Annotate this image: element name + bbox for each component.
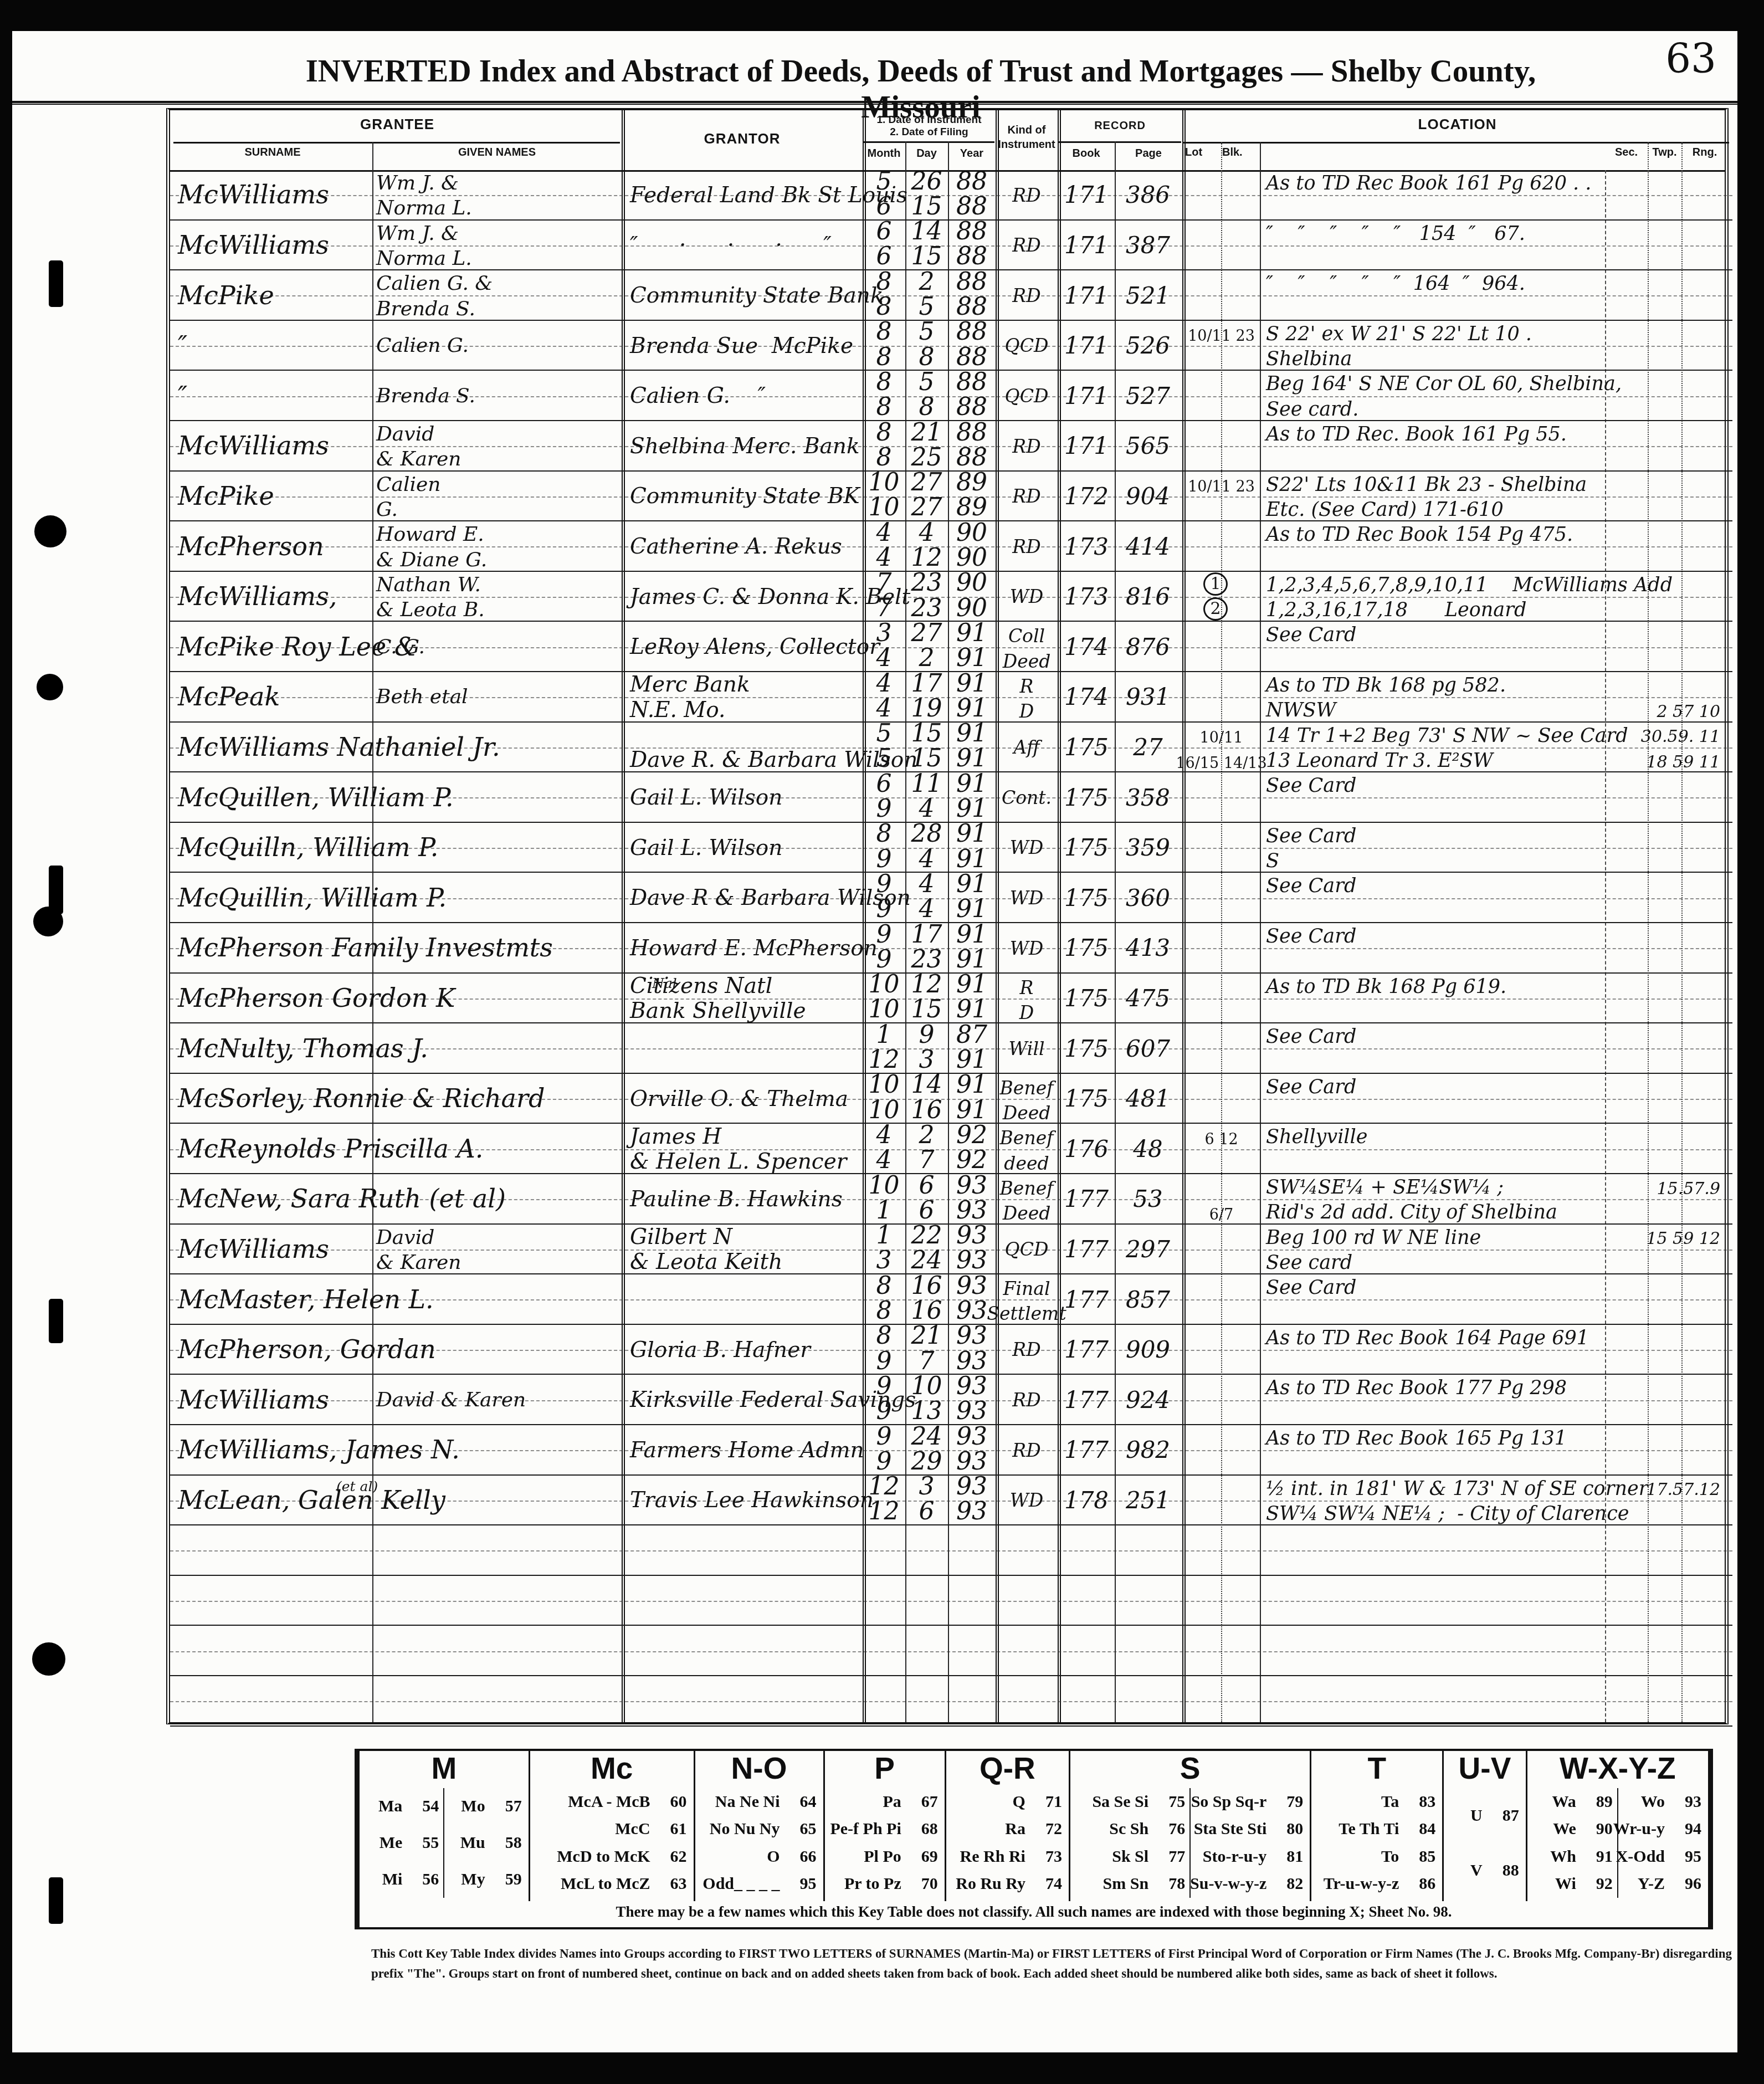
date-instrument: 1 xyxy=(863,1023,905,1048)
record-book: 175 xyxy=(1059,1074,1114,1124)
date-instrument: 93 xyxy=(948,1174,996,1199)
kind-of-instrument: RD xyxy=(997,521,1057,572)
date-filing: 23 xyxy=(905,597,948,622)
date-filing: 91 xyxy=(948,1099,996,1124)
lot-blk: 6/7 xyxy=(1184,1199,1259,1224)
kind-of-instrument: Coll xyxy=(997,622,1057,647)
date-filing: 8 xyxy=(905,396,948,421)
grantee-given-names: Calien xyxy=(376,472,620,496)
key-entry: Me55 xyxy=(366,1834,439,1852)
date-instrument: 5 xyxy=(863,723,905,747)
date-filing: 4 xyxy=(905,797,948,822)
date-instrument: 15 xyxy=(905,723,948,747)
location-description: See Card xyxy=(1266,873,1609,898)
date-instrument: 10 xyxy=(905,1375,948,1400)
kind-of-instrument: RD xyxy=(997,1425,1057,1476)
date-instrument: 24 xyxy=(905,1425,948,1450)
date-instrument: 16 xyxy=(905,1274,948,1299)
date-instrument: 11 xyxy=(905,772,948,797)
date-filing: 27 xyxy=(905,496,948,521)
date-filing: 91 xyxy=(948,848,996,873)
key-table: MMa54Me55Mi56Mo57Mu58My59McMcA - McB60Mc… xyxy=(355,1749,1713,1929)
key-entry: Sto-r-u-y81 xyxy=(1195,1847,1303,1866)
date-filing: 88 xyxy=(948,295,996,320)
index-row: McReynolds Priscilla A.James H& Helen L.… xyxy=(170,1124,1732,1174)
index-table: GRANTEE SURNAME GIVEN NAMES GRANTOR 1. D… xyxy=(166,108,1729,1724)
key-entry: Sc Sh76 xyxy=(1077,1820,1185,1839)
kind-of-instrument: RD xyxy=(997,1325,1057,1375)
grantee-surname: McNulty, Thomas J. xyxy=(178,1023,593,1074)
date-instrument: 10 xyxy=(863,974,905,999)
date-filing: 25 xyxy=(905,446,948,471)
lot-blk: 16/15 14/13 xyxy=(1184,747,1259,772)
kind-of-instrument: deed xyxy=(997,1149,1057,1174)
date-instrument: 5 xyxy=(905,371,948,396)
location-description: As to TD Rec Book 154 Pg 475. xyxy=(1266,521,1609,546)
date-instrument: 93 xyxy=(948,1225,996,1250)
key-entry: Wo93 xyxy=(1623,1793,1701,1811)
date-filing: 15 xyxy=(905,245,948,270)
date-filing: 16 xyxy=(905,1299,948,1324)
location-description: As to TD Rec Book 165 Pg 131 xyxy=(1266,1425,1609,1450)
kind-of-instrument: WD xyxy=(997,823,1057,873)
date-filing: 4 xyxy=(863,697,905,722)
index-row: McMaster, Helen L.8169381693FinalSettlem… xyxy=(170,1274,1732,1325)
location-description: As to TD Bk 168 pg 582. xyxy=(1266,672,1609,697)
grantee-surname: McPherson, Gordan xyxy=(178,1325,593,1375)
key-table-groups: MMa54Me55Mi56Mo57Mu58My59McMcA - McB60Mc… xyxy=(360,1751,1708,1901)
date-instrument: 9 xyxy=(863,923,905,948)
date-instrument: 91 xyxy=(948,823,996,848)
record-page: 387 xyxy=(1115,221,1181,271)
grantee-given-names: & Karen xyxy=(376,1250,620,1274)
location-description: See Card xyxy=(1266,1074,1609,1099)
date-instrument: 26 xyxy=(905,170,948,195)
grantee-given-names: David xyxy=(376,421,620,446)
date-instrument: 92 xyxy=(948,1124,996,1149)
key-entry: Su-v-w-y-z82 xyxy=(1195,1875,1303,1893)
date-filing: 13 xyxy=(905,1400,948,1425)
index-row: McSorley, Ronnie & RichardOrville O. & T… xyxy=(170,1074,1732,1124)
date-filing: 6 xyxy=(905,1501,948,1525)
kind-of-instrument: QCD xyxy=(997,1225,1057,1275)
date-instrument: 14 xyxy=(905,1074,948,1099)
row-midline xyxy=(170,1601,1732,1602)
date-filing: 9 xyxy=(863,1450,905,1475)
date-instrument: 3 xyxy=(863,622,905,647)
index-row: McQuillin, William P.Dave R & Barbara Wi… xyxy=(170,873,1732,923)
date-filing: 91 xyxy=(948,1048,996,1073)
record-book: 177 xyxy=(1059,1425,1114,1476)
grantee-surname: McMaster, Helen L. xyxy=(178,1274,593,1325)
date-instrument: 17 xyxy=(905,672,948,697)
date-filing: 93 xyxy=(948,1501,996,1525)
kind-of-instrument: WD xyxy=(997,1476,1057,1526)
date-filing: 10 xyxy=(863,496,905,521)
key-table-footnote: There may be a few names which this Key … xyxy=(360,1901,1708,1927)
date-filing: 9 xyxy=(863,797,905,822)
date-instrument: 27 xyxy=(905,472,948,496)
date-filing: 7 xyxy=(863,597,905,622)
date-instrument: 6 xyxy=(863,221,905,245)
kind-of-instrument: Aff xyxy=(997,723,1057,773)
location-description: See card xyxy=(1266,1250,1609,1274)
key-group-header: Mc xyxy=(530,1753,694,1784)
record-book: 175 xyxy=(1059,923,1114,974)
date-instrument: 88 xyxy=(948,270,996,295)
record-page: 565 xyxy=(1115,421,1181,472)
date-filing: 15 xyxy=(905,747,948,772)
location-description: As to TD Rec Book 161 Pg 620 . . xyxy=(1266,170,1609,195)
location-description: ″ ″ ″ ″ ″ 164 ″ 964. xyxy=(1266,270,1609,295)
date-filing: 88 xyxy=(948,245,996,270)
key-group-w-x-y-z: W-X-Y-ZWa89We90Wh91Wi92Wo93Wr-u-y94X-Odd… xyxy=(1526,1751,1708,1901)
hole-punch-mark xyxy=(34,515,66,547)
empty-row xyxy=(170,1576,1732,1626)
grantee-given-names: & Leota B. xyxy=(376,597,620,622)
date-filing: 8 xyxy=(863,295,905,320)
date-filing: 19 xyxy=(905,697,948,722)
grantee-surname: McQuillin, William P. xyxy=(178,873,593,923)
date-instrument: 91 xyxy=(948,772,996,797)
date-instrument: 22 xyxy=(905,1225,948,1250)
location-description: Beg 164' S NE Cor OL 60, Shelbina, xyxy=(1266,371,1609,396)
key-entry: Odd_ _ _ _95 xyxy=(702,1875,817,1893)
index-row: McWilliams,Nathan W.& Leota B.James C. &… xyxy=(170,572,1732,622)
grantee-given-names: David xyxy=(376,1225,620,1250)
date-instrument: 27 xyxy=(905,622,948,647)
date-filing: 88 xyxy=(948,396,996,421)
record-book: 174 xyxy=(1059,672,1114,723)
date-instrument: 4 xyxy=(863,672,905,697)
sec-twp-rng: 2 57 10 xyxy=(1461,697,1720,722)
date-filing: 12 xyxy=(905,546,948,571)
date-filing: 24 xyxy=(905,1250,948,1274)
kind-of-instrument: Benef xyxy=(997,1174,1057,1199)
index-row: McQuillen, William P.Gail L. Wilson61191… xyxy=(170,772,1732,823)
record-page: 297 xyxy=(1115,1225,1181,1275)
date-instrument: 1 xyxy=(863,1225,905,1250)
kind-of-instrument: Cont. xyxy=(997,772,1057,823)
sec-twp-rng: 15 59 12 xyxy=(1461,1225,1720,1250)
date-instrument: 91 xyxy=(948,873,996,898)
hole-punch-mark xyxy=(37,674,63,700)
kind-of-instrument: Will xyxy=(997,1023,1057,1074)
date-filing: 8 xyxy=(863,396,905,421)
key-entry: Tr-u-w-y-z86 xyxy=(1318,1875,1435,1893)
index-row: McWilliamsDavid & KarenKirksville Federa… xyxy=(170,1375,1732,1425)
date-instrument: 93 xyxy=(948,1325,996,1350)
key-entry: Q71 xyxy=(953,1793,1062,1811)
date-instrument: 12 xyxy=(905,974,948,999)
grantee-given-names: Calien G. xyxy=(376,321,620,371)
record-page: 904 xyxy=(1115,472,1181,522)
kind-of-instrument: QCD xyxy=(997,371,1057,421)
record-page: 359 xyxy=(1115,823,1181,873)
date-instrument: 88 xyxy=(948,170,996,195)
record-book: 175 xyxy=(1059,1023,1114,1074)
record-page: 53 xyxy=(1115,1174,1181,1225)
key-entry: Ma54 xyxy=(366,1797,439,1816)
date-instrument: 5 xyxy=(863,170,905,195)
record-book: 178 xyxy=(1059,1476,1114,1526)
key-entry: McC61 xyxy=(537,1820,687,1839)
record-page: 521 xyxy=(1115,270,1181,321)
lot-blk: 6 12 xyxy=(1184,1124,1259,1149)
date-instrument: 2 xyxy=(905,1124,948,1149)
key-group-header: P xyxy=(825,1753,945,1784)
key-entry: V88 xyxy=(1450,1861,1519,1880)
record-book: 175 xyxy=(1059,974,1114,1024)
date-instrument: 10 xyxy=(863,1074,905,1099)
date-instrument: 8 xyxy=(863,270,905,295)
index-row: McPike Roy Lee &C. G.LeRoy Alens, Collec… xyxy=(170,622,1732,672)
sec-twp-rng: 15.57.9 xyxy=(1461,1174,1720,1199)
key-group-mc: McMcA - McB60McC61McD to McK62McL to McZ… xyxy=(529,1751,694,1901)
date-instrument: 6 xyxy=(905,1174,948,1199)
date-instrument: 4 xyxy=(905,873,948,898)
date-filing: 6 xyxy=(863,195,905,220)
date-filing: 89 xyxy=(948,496,996,521)
lot-number: 2 xyxy=(1203,597,1228,621)
key-entry: Wh91 xyxy=(1534,1847,1613,1866)
kind-of-instrument: RD xyxy=(997,472,1057,522)
record-page: 909 xyxy=(1115,1325,1181,1375)
date-filing: 7 xyxy=(905,1350,948,1375)
date-instrument: 14 xyxy=(905,221,948,245)
date-filing: 93 xyxy=(948,1400,996,1425)
row-midline xyxy=(170,1550,1732,1552)
grantee-surname: McPherson Family Investmts xyxy=(178,923,593,974)
date-filing: 2 xyxy=(905,647,948,672)
date-instrument: 91 xyxy=(948,723,996,747)
grantee-given-names: Howard E. xyxy=(376,521,620,546)
sec-twp-rng: 18 59 11 xyxy=(1461,747,1720,772)
location-description: S xyxy=(1266,848,1609,873)
date-filing: 8 xyxy=(905,346,948,371)
date-filing: 88 xyxy=(948,346,996,371)
date-filing: 4 xyxy=(863,1149,905,1174)
record-book: 171 xyxy=(1059,170,1114,221)
date-instrument: 93 xyxy=(948,1476,996,1501)
record-book: 171 xyxy=(1059,221,1114,271)
key-group-header: W-X-Y-Z xyxy=(1527,1753,1708,1784)
key-entry: Na Ne Ni64 xyxy=(702,1793,817,1811)
key-group-q-r: Q-RQ71Ra72Re Rh Ri73Ro Ru Ry74 xyxy=(945,1751,1069,1901)
kind-of-instrument: RD xyxy=(997,1375,1057,1425)
index-row: McWilliamsDavid& KarenShelbina Merc. Ban… xyxy=(170,421,1732,472)
index-row: McPeakBeth etalMerc BankN.E. Mo.41791419… xyxy=(170,672,1732,723)
date-filing: 16 xyxy=(905,1099,948,1124)
index-row: McPikeCalien G. &Brenda S.Community Stat… xyxy=(170,270,1732,321)
index-row: (et al)McLean, Galen KellyTravis Lee Haw… xyxy=(170,1476,1732,1526)
record-page: 48 xyxy=(1115,1124,1181,1174)
key-entry: Wi92 xyxy=(1534,1875,1613,1893)
date-filing: 4 xyxy=(905,898,948,923)
grantee-surname: McWilliams, James N. xyxy=(178,1425,593,1476)
date-filing: 6 xyxy=(905,1199,948,1224)
lot-blk: 10/11 23 xyxy=(1184,472,1259,496)
date-filing: 4 xyxy=(863,546,905,571)
record-book: 175 xyxy=(1059,873,1114,923)
date-filing: 8 xyxy=(863,346,905,371)
key-group-header: T xyxy=(1311,1753,1442,1784)
key-group-header: N-O xyxy=(695,1753,823,1784)
date-filing: 10 xyxy=(863,1099,905,1124)
kind-of-instrument: RD xyxy=(997,421,1057,472)
key-entry: Te Th Ti84 xyxy=(1318,1820,1435,1839)
grantee-surname: McQuillen, William P. xyxy=(178,772,593,823)
key-entry: McL to McZ63 xyxy=(537,1875,687,1893)
location-description: ″ ″ ″ ″ ″ 154 ″ 67. xyxy=(1266,221,1609,245)
key-entry: No Nu Ny65 xyxy=(702,1820,817,1839)
date-filing: 9 xyxy=(863,1400,905,1425)
key-entry: Ta83 xyxy=(1318,1793,1435,1811)
date-filing: 5 xyxy=(905,295,948,320)
key-group-u-v: U-VU87V88 xyxy=(1442,1751,1525,1901)
record-page: 876 xyxy=(1115,622,1181,672)
key-group-header: S xyxy=(1070,1753,1310,1784)
date-filing: 91 xyxy=(948,697,996,722)
date-filing: 15 xyxy=(905,195,948,220)
binder-mark xyxy=(49,260,63,307)
grantee-given-names: C. G. xyxy=(376,622,620,672)
record-book: 177 xyxy=(1059,1225,1114,1275)
kind-of-instrument: QCD xyxy=(997,321,1057,371)
date-instrument: 90 xyxy=(948,572,996,597)
date-filing: 8 xyxy=(863,1299,905,1324)
grantee-surname: McWilliams Nathaniel Jr. xyxy=(178,723,593,773)
grantee-given-names: David & Karen xyxy=(376,1375,620,1425)
location-description: As to TD Bk 168 Pg 619. xyxy=(1266,974,1609,999)
location-description: See Card xyxy=(1266,622,1609,647)
record-page: 857 xyxy=(1115,1274,1181,1325)
kind-of-instrument: RD xyxy=(997,221,1057,271)
record-book: 177 xyxy=(1059,1274,1114,1325)
record-page: 251 xyxy=(1115,1476,1181,1526)
key-group-header: U-V xyxy=(1444,1753,1525,1784)
record-page: 27 xyxy=(1115,723,1181,773)
key-group-header: M xyxy=(360,1753,529,1784)
record-book: 177 xyxy=(1059,1174,1114,1225)
date-instrument: 90 xyxy=(948,521,996,546)
grantee-given-names: Beth etal xyxy=(376,672,620,723)
record-page: 481 xyxy=(1115,1074,1181,1124)
key-entry: Sa Se Si75 xyxy=(1077,1793,1185,1811)
kind-of-instrument: R xyxy=(997,672,1057,697)
grantee-surname: McQuilln, William P. xyxy=(178,823,593,873)
key-group-s: SSa Se Si75Sc Sh76Sk Sl77Sm Sn78So Sp Sq… xyxy=(1069,1751,1310,1901)
date-filing: 3 xyxy=(905,1048,948,1073)
index-row: McWilliamsWm J. &Norma L.Federal Land Bk… xyxy=(170,170,1732,221)
date-filing: 90 xyxy=(948,597,996,622)
date-instrument: 10 xyxy=(863,472,905,496)
hole-punch-mark xyxy=(32,1642,65,1676)
kind-of-instrument: WD xyxy=(997,572,1057,622)
date-filing: 9 xyxy=(863,948,905,973)
key-group-n-o: N-ONa Ne Ni64No Nu Ny65O66Odd_ _ _ _95 xyxy=(694,1751,823,1901)
location-description: Shellyville xyxy=(1266,1124,1609,1149)
date-instrument: 88 xyxy=(948,321,996,346)
empty-row xyxy=(170,1676,1732,1727)
date-filing: 10 xyxy=(863,999,905,1023)
date-instrument: 8 xyxy=(863,1274,905,1299)
key-entry: We90 xyxy=(1534,1820,1613,1839)
date-instrument: 9 xyxy=(863,1375,905,1400)
location-description: See Card xyxy=(1266,823,1609,848)
index-row: McPhersonHoward E.& Diane G.Catherine A.… xyxy=(170,521,1732,572)
date-instrument: 91 xyxy=(948,974,996,999)
date-instrument: 89 xyxy=(948,472,996,496)
key-entry: My59 xyxy=(449,1870,521,1889)
location-description: 1,2,3,4,5,6,7,8,9,10,11 McWilliams Add xyxy=(1266,572,1609,597)
date-filing: 91 xyxy=(948,948,996,973)
key-entry: Y-Z96 xyxy=(1623,1875,1701,1893)
index-row: McWilliamsDavid& KarenGilbert N& Leota K… xyxy=(170,1225,1732,1275)
record-book: 171 xyxy=(1059,270,1114,321)
location-description: See Card xyxy=(1266,923,1609,948)
binder-mark xyxy=(49,1877,63,1924)
key-entry: Ra72 xyxy=(953,1820,1062,1839)
grantee-given-names: G. xyxy=(376,496,620,521)
kind-of-instrument: RD xyxy=(997,270,1057,321)
date-instrument: 7 xyxy=(863,572,905,597)
sec-twp-rng: 17.57.12 xyxy=(1461,1476,1720,1501)
key-entry: To85 xyxy=(1318,1847,1435,1866)
date-filing: 91 xyxy=(948,898,996,923)
kind-of-instrument: RD xyxy=(997,170,1057,221)
row-midline xyxy=(170,1651,1732,1652)
index-row: McPherson, GordanGloria B. Hafner8219397… xyxy=(170,1325,1732,1375)
date-filing: 1 xyxy=(863,1199,905,1224)
record-page: 931 xyxy=(1115,672,1181,723)
location-description: See Card xyxy=(1266,772,1609,797)
index-row: ″Calien G.Brenda Sue McPike85888888QCD17… xyxy=(170,321,1732,371)
date-instrument: 2 xyxy=(905,270,948,295)
kind-of-instrument: Deed xyxy=(997,1099,1057,1124)
scanned-ledger-sheet: INVERTED Index and Abstract of Deeds, De… xyxy=(0,0,1764,2084)
kind-of-instrument: WD xyxy=(997,873,1057,923)
grantee-given-names: Norma L. xyxy=(376,195,620,220)
date-instrument: 4 xyxy=(863,521,905,546)
location-description: Rid's 2d add. City of Shelbina xyxy=(1266,1199,1609,1224)
record-page: 360 xyxy=(1115,873,1181,923)
date-instrument: 93 xyxy=(948,1274,996,1299)
record-book: 173 xyxy=(1059,572,1114,622)
record-page: 475 xyxy=(1115,974,1181,1024)
location-description: As to TD Rec Book 164 Page 691 xyxy=(1266,1325,1609,1350)
grantee-surname: McReynolds Priscilla A. xyxy=(178,1124,593,1174)
record-book: 171 xyxy=(1059,371,1114,421)
date-instrument: 8 xyxy=(863,421,905,446)
date-instrument: 87 xyxy=(948,1023,996,1048)
row-midline xyxy=(170,1701,1732,1702)
key-entry: Pe-f Ph Pi68 xyxy=(832,1820,938,1839)
record-page: 386 xyxy=(1115,170,1181,221)
date-instrument: 4 xyxy=(863,1124,905,1149)
date-filing: 93 xyxy=(948,1450,996,1475)
date-filing: 9 xyxy=(863,898,905,923)
location-description: See card. xyxy=(1266,396,1609,421)
key-entry: Pa67 xyxy=(832,1793,938,1811)
date-filing: 6 xyxy=(863,245,905,270)
location-description: Shelbina xyxy=(1266,346,1609,371)
kind-of-instrument: Settlemt xyxy=(997,1299,1057,1324)
date-filing: 29 xyxy=(905,1450,948,1475)
bottom-note: This Cott Key Table Index divides Names … xyxy=(371,1944,1740,1983)
grantee-given-names: Wm J. & xyxy=(376,221,620,245)
record-page: 607 xyxy=(1115,1023,1181,1074)
